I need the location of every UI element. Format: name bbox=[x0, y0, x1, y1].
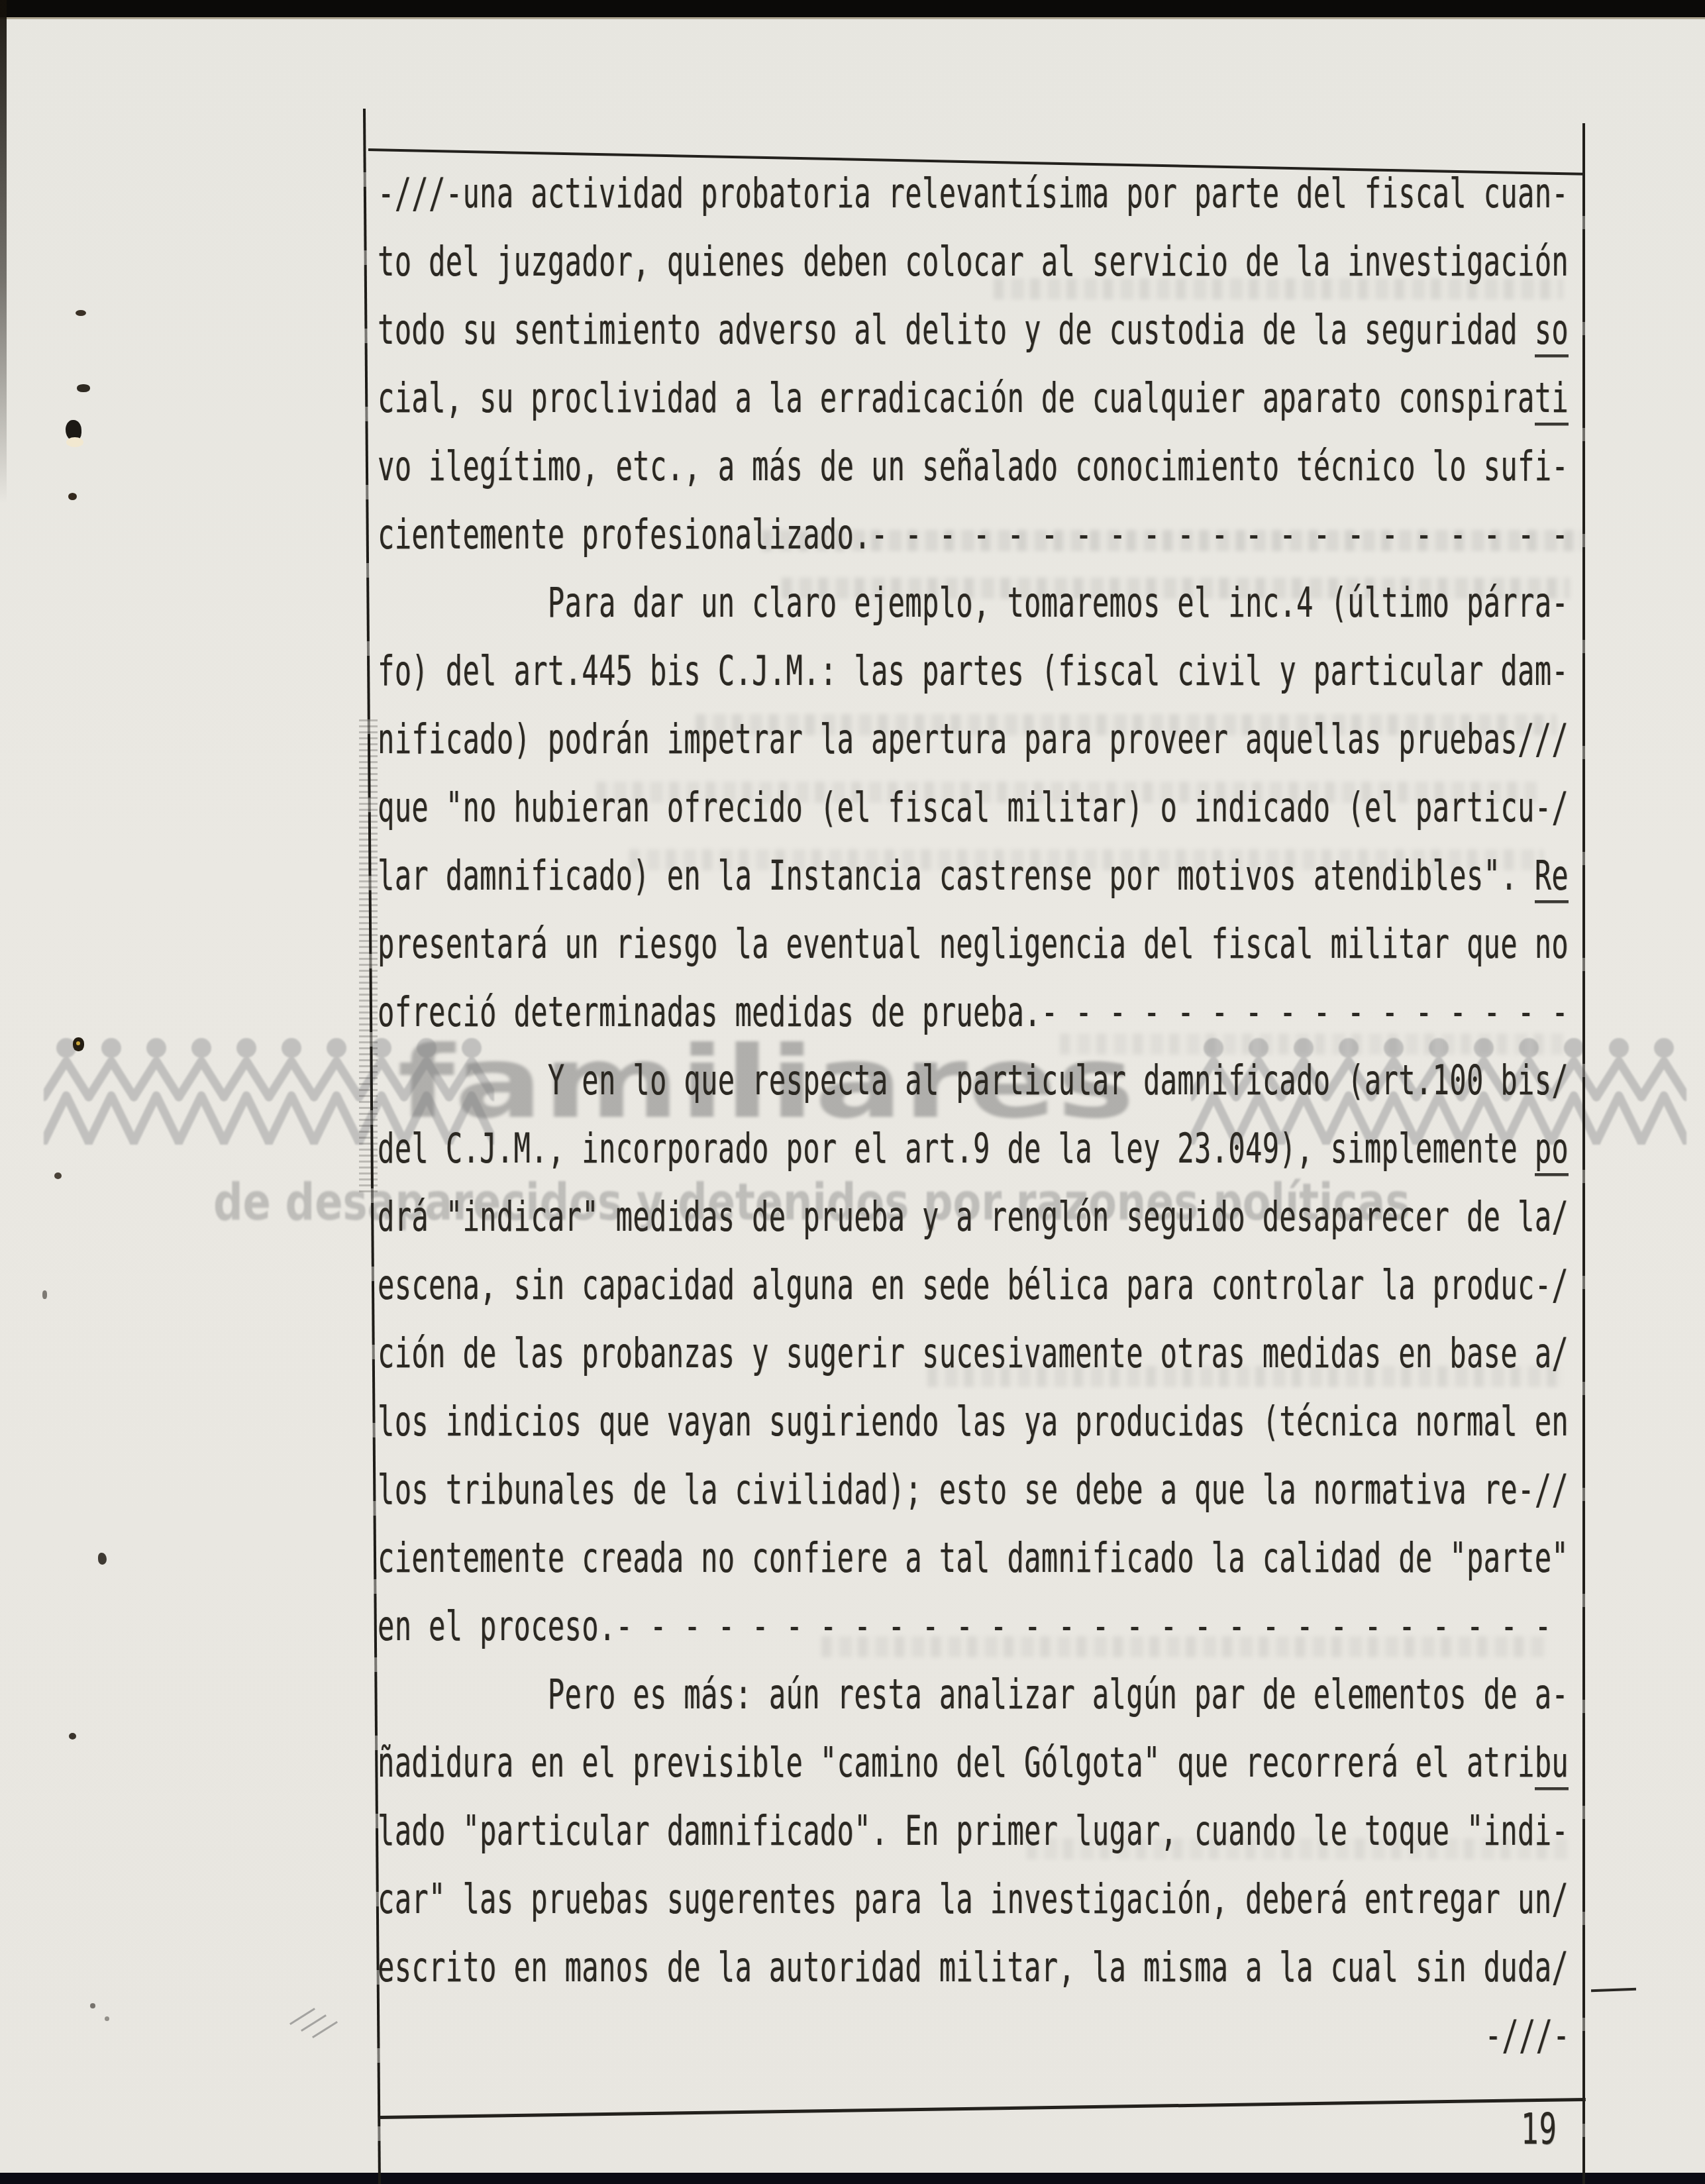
typed-line: car" las pruebas sugerentes para la inve… bbox=[378, 1876, 1570, 1922]
margin-speck bbox=[68, 493, 77, 500]
frame-tick bbox=[1591, 1988, 1636, 1992]
typed-line: lar damnificado) en la Instancia castren… bbox=[378, 853, 1570, 898]
typed-line: lado "particular damnificado". En primer… bbox=[378, 1808, 1570, 1853]
page-number: 19 bbox=[1521, 2105, 1557, 2154]
typed-line: fo) del art.445 bis C.J.M.: las partes (… bbox=[378, 648, 1570, 694]
typed-line: todo su sentimiento adverso al delito y … bbox=[378, 307, 1570, 352]
typed-line: to del juzgador, quienes deben colocar a… bbox=[378, 238, 1570, 284]
margin-speck bbox=[66, 437, 83, 447]
typed-line: ñadidura en el previsible "camino del Gó… bbox=[378, 1740, 1570, 1785]
typed-line: Y en lo que respecta al particular damni… bbox=[378, 1057, 1570, 1103]
document-page: familiares de desaparecidos y detenidos … bbox=[0, 0, 1705, 2184]
typed-line: cial, su proclividad a la erradicación d… bbox=[378, 375, 1570, 421]
margin-speck bbox=[54, 1172, 62, 1179]
frame-line-bottom bbox=[380, 2098, 1586, 2119]
continuation-mark: -///- bbox=[378, 2012, 1570, 2058]
typed-line: escrito en manos de la autoridad militar… bbox=[378, 1944, 1570, 1990]
margin-speck bbox=[42, 1290, 47, 1299]
scan-edge-top bbox=[0, 0, 1705, 17]
typed-line: escena, sin capacidad alguna en sede bél… bbox=[378, 1262, 1570, 1308]
margin-speck bbox=[77, 384, 90, 392]
typed-line: drá "indicar" medidas de prueba y a reng… bbox=[378, 1194, 1570, 1239]
typed-line: -///-una actividad probatoria relevantís… bbox=[378, 170, 1570, 216]
margin-speck bbox=[76, 310, 86, 316]
margin-speck bbox=[90, 2003, 95, 2008]
pencil-mark bbox=[312, 2021, 338, 2038]
margin-speck bbox=[76, 1041, 80, 1045]
margin-speck bbox=[69, 1733, 76, 1740]
margin-speck bbox=[98, 1553, 107, 1565]
scan-edge-bottom bbox=[0, 2173, 1705, 2184]
margin-speck bbox=[105, 2016, 109, 2021]
typed-line: Pero es más: aún resta analizar algún pa… bbox=[378, 1671, 1570, 1717]
typed-line: que "no hubieran ofrecido (el fiscal mil… bbox=[378, 784, 1570, 830]
typed-line: ofreció determinadas medidas de prueba.-… bbox=[378, 989, 1570, 1035]
typed-line: en el proceso.- - - - - - - - - - - - - … bbox=[378, 1603, 1570, 1649]
toner-streak bbox=[359, 715, 378, 1192]
typed-line: los tribunales de la civilidad); esto se… bbox=[378, 1467, 1570, 1512]
typed-line: Para dar un claro ejemplo, tomaremos el … bbox=[378, 580, 1570, 625]
typed-line: nificado) podrán impetrar la apertura pa… bbox=[378, 716, 1570, 762]
frame-line-right bbox=[1582, 123, 1585, 2184]
typed-line: los indicios que vayan sugiriendo las ya… bbox=[378, 1398, 1570, 1444]
typed-line: cientemente creada no confiere a tal dam… bbox=[378, 1535, 1570, 1581]
typed-line: ción de las probanzas y sugerir sucesiva… bbox=[378, 1330, 1570, 1376]
ghost-smudge bbox=[1060, 1033, 1563, 1055]
typed-line: presentará un riesgo la eventual neglige… bbox=[378, 921, 1570, 966]
scan-edge-left bbox=[0, 0, 7, 503]
typed-line: del C.J.M., incorporado por el art.9 de … bbox=[378, 1125, 1570, 1171]
typed-line: cientemente profesionalizado.- - - - - -… bbox=[378, 511, 1570, 557]
typed-line: vo ilegítimo, etc., a más de un señalado… bbox=[378, 443, 1570, 489]
